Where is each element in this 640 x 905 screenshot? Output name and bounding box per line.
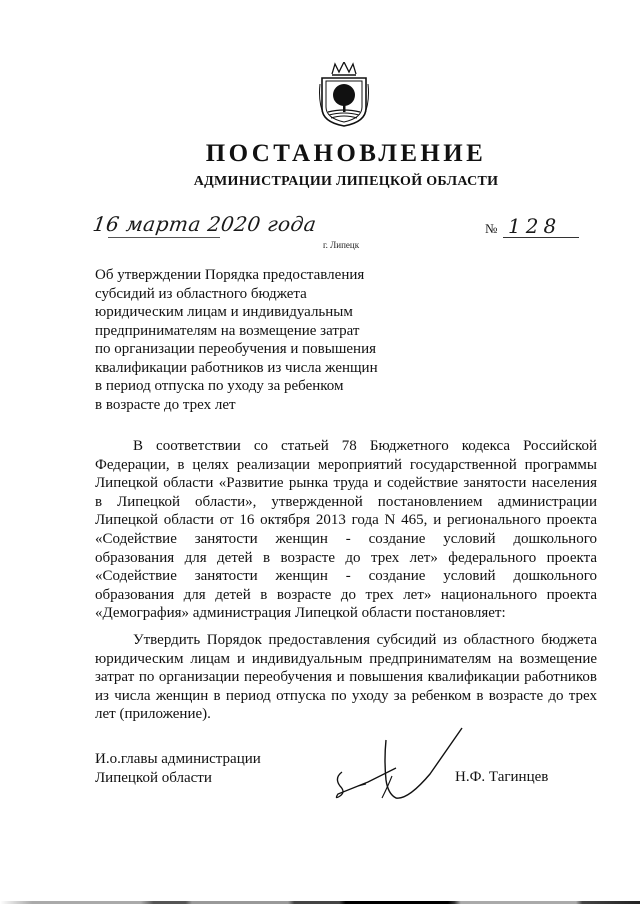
signer-position-line: И.о.главы администрации: [95, 750, 261, 769]
subject-line: в период отпуска по уходу за ребенком: [95, 377, 415, 396]
handwritten-number: 128: [508, 214, 561, 238]
paragraph-line: В соответствии со статьей 78 Бюджетного …: [95, 437, 597, 456]
paragraph-line: «Содействие занятости женщин - создание …: [95, 567, 597, 586]
coat-of-arms-icon: [318, 62, 370, 128]
paragraph-line: «Содействие занятости женщин - создание …: [95, 530, 597, 549]
signature-icon: [330, 720, 480, 810]
subject-line: квалификации работников из числа женщин: [95, 359, 415, 378]
subject-line: по организации переобучения и повышения: [95, 340, 415, 359]
handwritten-signature: [330, 720, 480, 810]
paragraph-line: Липецкой области от 16 октября 2013 года…: [95, 511, 597, 530]
paragraph-line: в Липецкой области», утвержденной постан…: [95, 493, 597, 512]
resolution-paragraph: Утвердить Порядок предоставления субсиди…: [95, 631, 597, 724]
subject-line: в возрасте до трех лет: [95, 396, 415, 415]
city-label: г. Липецк: [323, 240, 359, 250]
paragraph-line: Утвердить Порядок предоставления субсиди…: [95, 631, 597, 650]
document-subtitle: АДМИНИСТРАЦИИ ЛИПЕЦКОЙ ОБЛАСТИ: [0, 174, 640, 190]
signer-position-line: Липецкой области: [95, 769, 261, 788]
signer-position: И.о.главы администрации Липецкой области: [95, 750, 261, 787]
paragraph-line: юридическим лицам и индивидуальным предп…: [95, 650, 597, 669]
number-sign: №: [485, 221, 497, 237]
paragraph-line: образования для детей в возрасте до трех…: [95, 586, 597, 605]
signer-name: Н.Ф. Тагинцев: [455, 769, 548, 786]
handwritten-date: 16 марта 2020 года: [91, 212, 318, 236]
document-subject: Об утверждении Порядка предоставления су…: [95, 266, 415, 414]
coat-of-arms-emblem: [318, 62, 370, 128]
paragraph-line: Федерации, в целях реализации мероприяти…: [95, 456, 597, 475]
paragraph-line: из числа женщин в период отпуска по уход…: [95, 687, 597, 706]
subject-line: юридическим лицам и индивидуальным: [95, 303, 415, 322]
subject-line: Об утверждении Порядка предоставления: [95, 266, 415, 285]
date-underline: [108, 237, 220, 238]
paragraph-line: «Демография» администрация Липецкой обла…: [95, 604, 597, 623]
scan-edge-artifact: [0, 901, 640, 904]
paragraph-line: затрат по организации переобучения и пов…: [95, 668, 597, 687]
subject-line: субсидий из областного бюджета: [95, 285, 415, 304]
document-title: ПОСТАНОВЛЕНИЕ: [0, 140, 640, 168]
paragraph-line: образования для детей в возрасте до трех…: [95, 549, 597, 568]
preamble-paragraph: В соответствии со статьей 78 Бюджетного …: [95, 437, 597, 623]
paragraph-line: Липецкой области «Развитие рынка труда и…: [95, 474, 597, 493]
subject-line: предпринимателям на возмещение затрат: [95, 322, 415, 341]
